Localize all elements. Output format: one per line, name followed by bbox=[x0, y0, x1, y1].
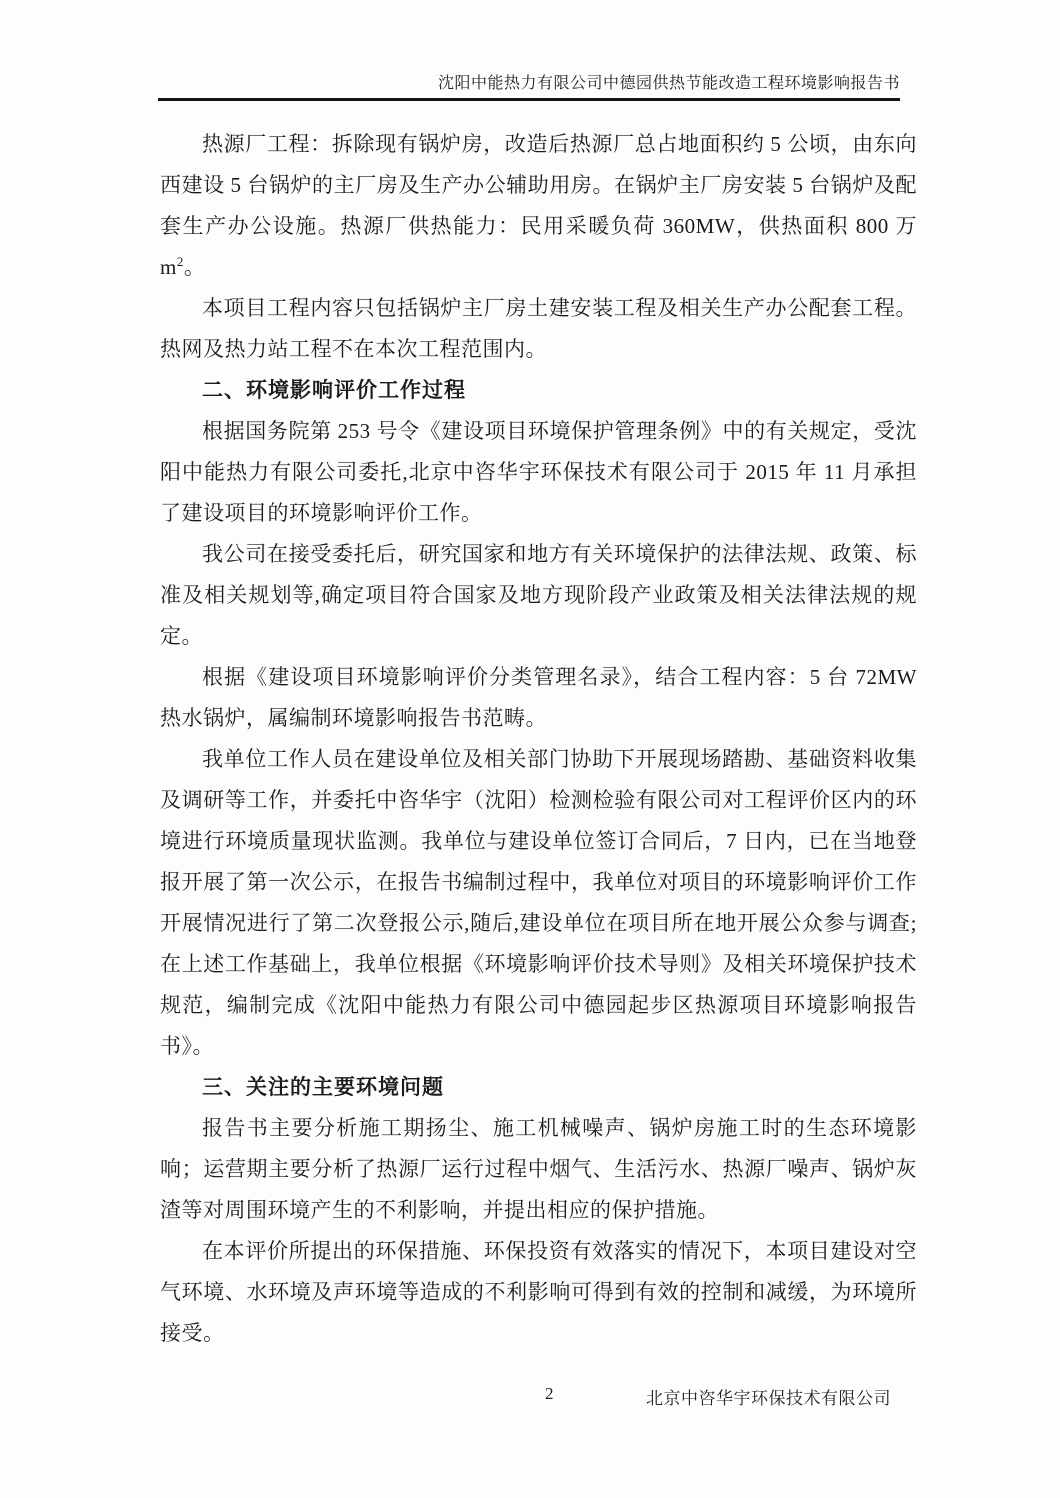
paragraph-heat-source-project: 热源厂工程：拆除现有锅炉房，改造后热源厂总占地面积约 5 公顷，由东向西建设 5… bbox=[160, 124, 917, 288]
section-heading-eia-work-process: 二、环境影响评价工作过程 bbox=[160, 370, 917, 411]
document-page: 沈阳中能热力有限公司中德园供热节能改造工程环境影响报告书 热源厂工程：拆除现有锅… bbox=[0, 0, 1060, 1498]
paragraph-entrustment: 根据国务院第 253 号令《建设项目环境保护管理条例》中的有关规定，受沈阳中能热… bbox=[160, 411, 917, 534]
paragraph-project-scope: 本项目工程内容只包括锅炉主厂房土建安装工程及相关生产办公配套工程。热网及热力站工… bbox=[160, 288, 917, 370]
document-body: 热源厂工程：拆除现有锅炉房，改造后热源厂总占地面积约 5 公顷，由东向西建设 5… bbox=[160, 124, 917, 1354]
page-footer: 2 北京中咨华宇环保技术有限公司 bbox=[160, 1384, 917, 1414]
paragraph-main-issues: 报告书主要分析施工期扬尘、施工机械噪声、锅炉房施工时的生态环境影响；运营期主要分… bbox=[160, 1108, 917, 1231]
footer-company-name: 北京中咨华宇环保技术有限公司 bbox=[646, 1384, 891, 1409]
paragraph-text-before-sup: 热源厂工程：拆除现有锅炉房，改造后热源厂总占地面积约 5 公顷，由东向西建设 5… bbox=[160, 132, 917, 279]
running-header-title: 沈阳中能热力有限公司中德园供热节能改造工程环境影响报告书 bbox=[438, 70, 900, 93]
paragraph-policy-review: 我公司在接受委托后，研究国家和地方有关环境保护的法律法规、政策、标准及相关规划等… bbox=[160, 534, 917, 657]
paragraph-conclusion: 在本评价所提出的环保措施、环保投资有效落实的情况下，本项目建设对空气环境、水环境… bbox=[160, 1231, 917, 1354]
section-heading-main-environmental-issues: 三、关注的主要环境问题 bbox=[160, 1067, 917, 1108]
paragraph-work-process-detail: 我单位工作人员在建设单位及相关部门协助下开展现场踏勘、基础资料收集及调研等工作，… bbox=[160, 739, 917, 1067]
superscript-square-meter: 2 bbox=[177, 254, 184, 269]
paragraph-classification: 根据《建设项目环境影响评价分类管理名录》，结合工程内容：5 台 72MW 热水锅… bbox=[160, 657, 917, 739]
page-header: 沈阳中能热力有限公司中德园供热节能改造工程环境影响报告书 bbox=[158, 0, 900, 101]
paragraph-text-after-sup: 。 bbox=[184, 255, 206, 279]
page-number: 2 bbox=[545, 1384, 554, 1404]
